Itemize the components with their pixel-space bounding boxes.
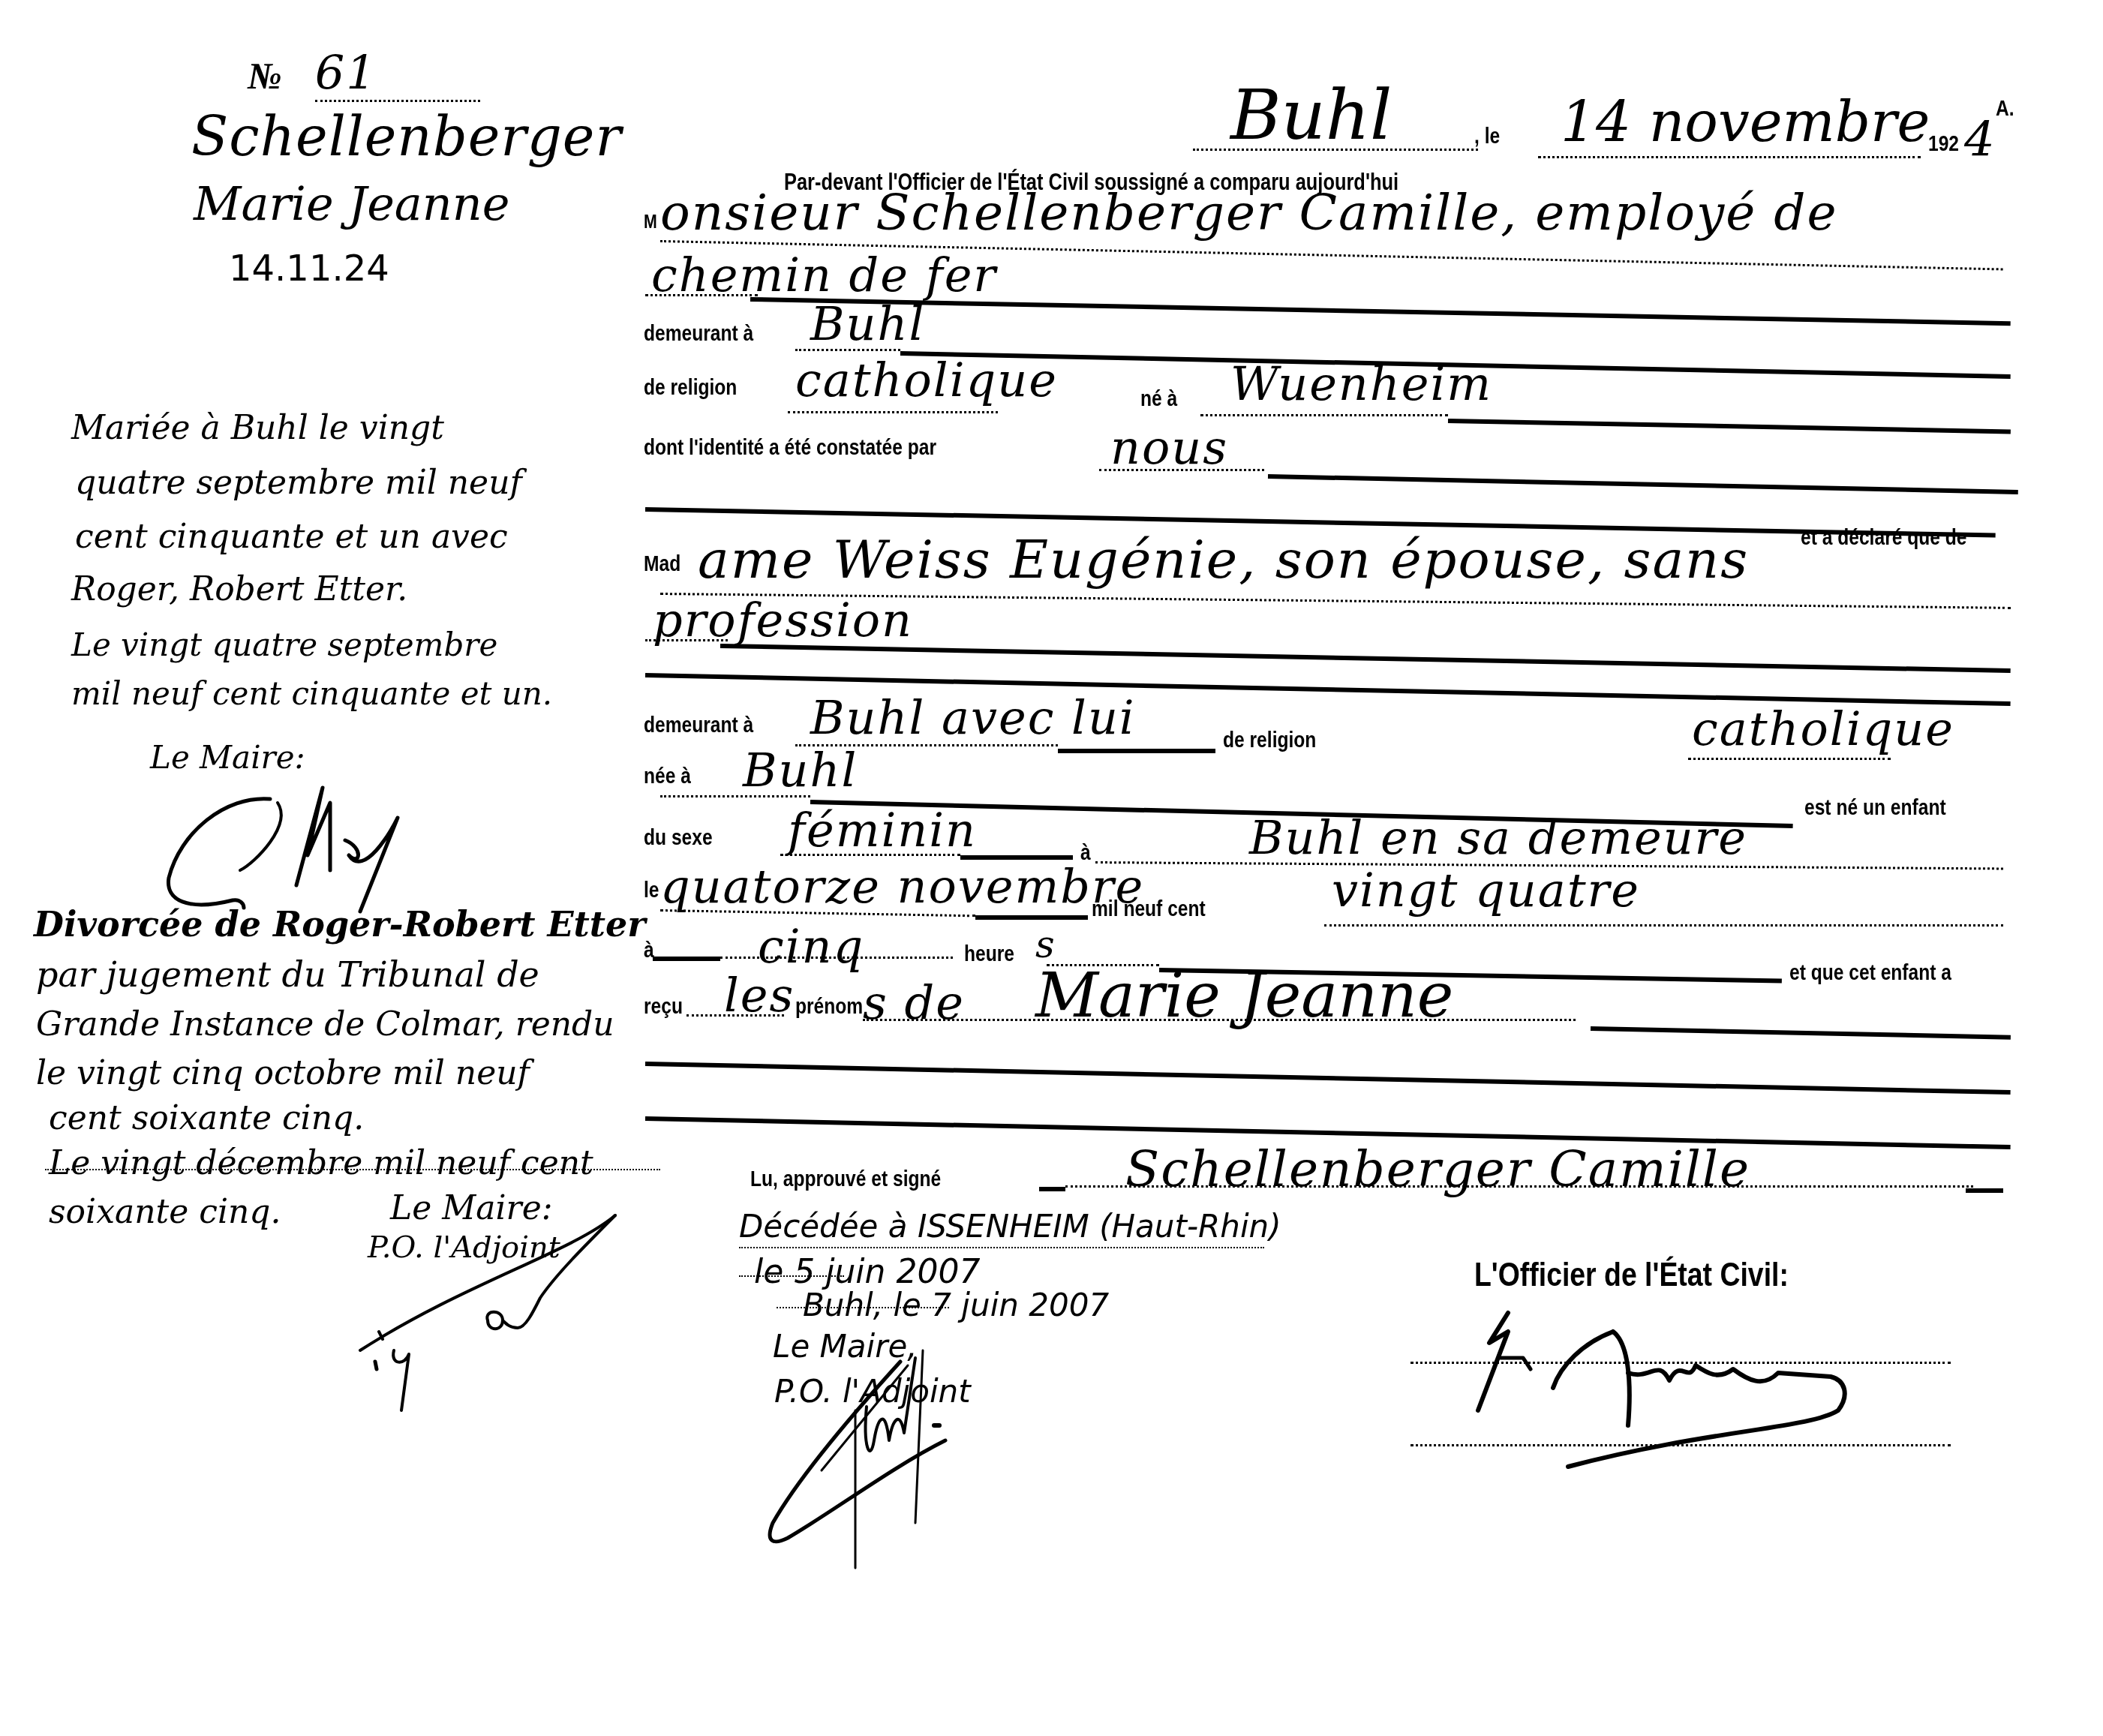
mother-prefix: Mad	[644, 551, 680, 577]
names-label: prénom	[795, 994, 863, 1020]
marriage-line: Roger, Robert Etter.	[71, 570, 407, 608]
hour-label: heure	[964, 942, 1014, 967]
marriage-line: quatre septembre mil neuf	[75, 464, 522, 502]
margin-date: 14.11.24	[229, 248, 389, 290]
adjoint-signature	[743, 1335, 983, 1590]
mother-line1: ame Weiss Eugénie, son épouse, sans	[698, 529, 1749, 590]
declarant-religion-label: de religion	[644, 375, 737, 401]
death-note-line3: Buhl, le 7 juin 2007	[803, 1287, 1109, 1323]
le-label: , le	[1474, 124, 1500, 149]
declarant-residence-label: demeurant à	[644, 321, 753, 347]
birth-day: quatorze novembre	[660, 859, 1144, 914]
divorce-date-line: soixante cinq.	[49, 1193, 281, 1231]
born-suffix: est né un enfant	[1804, 795, 1946, 821]
mother-residence: Buhl avec lui	[810, 690, 1136, 745]
sex-label: du sexe	[644, 825, 713, 851]
mayor-signature	[105, 780, 420, 923]
marriage-line: Mariée à Buhl le vingt	[71, 409, 444, 447]
year-prefix: 192	[1928, 131, 1959, 157]
divorce-signature	[315, 1170, 630, 1425]
birth-year-label: mil neuf cent	[1092, 897, 1206, 922]
marriage-date-line: Le vingt quatre septembre	[71, 626, 497, 663]
declarant-identity: nous	[1110, 420, 1228, 475]
mother-residence-label: demeurant à	[644, 713, 753, 738]
place: Buhl	[1230, 75, 1392, 155]
declarant-identity-label: dont l'identité a été constatée par	[644, 435, 936, 461]
marriage-signoff: Le Maire:	[150, 739, 305, 776]
divorce-line: cent soixante cinq.	[49, 1099, 364, 1137]
officer-signature	[1411, 1298, 2026, 1478]
birth-day-label: le	[644, 878, 659, 903]
declarant-religion: catholique	[795, 353, 1058, 407]
divorce-line: le vingt cinq octobre mil neuf	[36, 1054, 530, 1092]
birth-year: vingt quatre	[1332, 863, 1640, 918]
number-value: 61	[315, 45, 480, 102]
marriage-line: cent cinquante et un avec	[75, 518, 508, 556]
mother-religion: catholique	[1692, 701, 1954, 756]
margin-given-names: Marie Jeanne	[194, 176, 509, 231]
declarant-line1: onsieur Schellenberger Camille, employé …	[660, 184, 1838, 242]
form-letter: A.	[1996, 96, 2014, 122]
death-note-line1: Décédée à ISSENHEIM (Haut-Rhin)	[739, 1208, 1281, 1245]
declarant-residence: Buhl	[810, 296, 925, 351]
marriage-date-line: mil neuf cent cinquante et un.	[71, 675, 552, 712]
divorce-line: Grande Instance de Colmar, rendu	[36, 1005, 614, 1044]
mother-born-label: née à	[644, 764, 691, 789]
names-suffix: s de	[863, 975, 965, 1030]
child-suffix: et que cet enfant a	[1789, 960, 1951, 986]
approval-signature: Schellenberger Camille	[1125, 1140, 1750, 1198]
record-number: № 61	[248, 45, 480, 102]
margin-surname: Schellenberger	[191, 105, 622, 168]
declarant-born: Wuenheim	[1230, 356, 1492, 411]
year-suffix: 4	[1964, 113, 1995, 168]
declarant-prefix: M	[644, 210, 657, 233]
mother-born: Buhl	[743, 743, 858, 797]
officer-label: L'Officier de l'État Civil:	[1474, 1257, 1789, 1294]
approval-label: Lu, approuvé et signé	[750, 1167, 941, 1192]
birth-hour: cinq	[758, 919, 864, 974]
mother-religion-label: de religion	[1223, 728, 1316, 753]
death-note-line2: le 5 juin 2007	[754, 1253, 980, 1291]
divorce-line: Divorcée de Roger-Robert Etter	[34, 904, 646, 945]
number-label: №	[248, 55, 282, 97]
date: 14 novembre	[1561, 90, 1930, 155]
sex-value: féminin	[788, 803, 977, 857]
birth-place: Buhl en sa demeure	[1249, 810, 1747, 865]
received-label: reçu	[644, 994, 683, 1020]
declarant-born-label: né à	[1140, 386, 1177, 412]
divorce-line: par jugement du Tribunal de	[36, 954, 539, 995]
declaration-label: et a déclaré que de	[1801, 525, 1967, 551]
